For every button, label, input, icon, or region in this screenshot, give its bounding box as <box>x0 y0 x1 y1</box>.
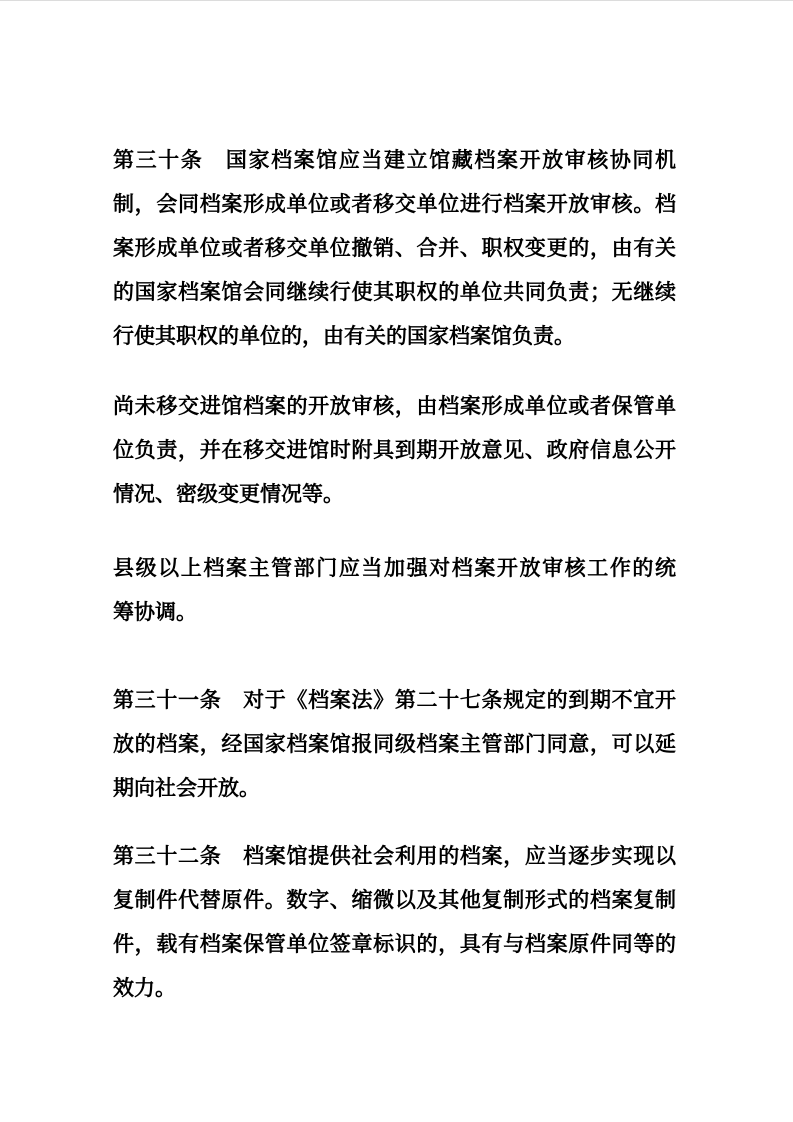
text-line: 第三十条 国家档案馆应当建立馆藏档案开放审核协同机 <box>113 138 676 182</box>
text-line: 件，载有档案保管单位签章标识的，具有与档案原件同等的 <box>113 922 676 966</box>
text-line: 放的档案，经国家档案馆报同级档案主管部门同意，可以延 <box>113 722 676 766</box>
document-text-column: 第三十条 国家档案馆应当建立馆藏档案开放审核协同机 制，会同档案形成单位或者移交… <box>113 0 676 1010</box>
paragraph-article-30: 第三十条 国家档案馆应当建立馆藏档案开放审核协同机 制，会同档案形成单位或者移交… <box>113 138 676 358</box>
paragraph-article-32: 第三十二条 档案馆提供社会利用的档案，应当逐步实现以 复制件代替原件。数字、缩微… <box>113 834 676 1010</box>
text-line: 筹协调。 <box>113 590 676 634</box>
paragraph-article-31: 第三十一条 对于《档案法》第二十七条规定的到期不宜开 放的档案，经国家档案馆报同… <box>113 678 676 810</box>
text-line: 效力。 <box>113 966 676 1010</box>
paragraph-untransferred-archives-review: 尚未移交进馆档案的开放审核，由档案形成单位或者保管单 位负责，并在移交进馆时附具… <box>113 384 676 516</box>
text-line: 的国家档案馆会同继续行使其职权的单位共同负责；无继续 <box>113 270 676 314</box>
text-line: 期向社会开放。 <box>113 766 676 810</box>
text-line: 行使其职权的单位的，由有关的国家档案馆负责。 <box>113 314 676 358</box>
text-line: 县级以上档案主管部门应当加强对档案开放审核工作的统 <box>113 546 676 590</box>
text-line: 尚未移交进馆档案的开放审核，由档案形成单位或者保管单 <box>113 384 676 428</box>
text-line: 情况、密级变更情况等。 <box>113 472 676 516</box>
text-line: 第三十一条 对于《档案法》第二十七条规定的到期不宜开 <box>113 678 676 722</box>
document-page: 第三十条 国家档案馆应当建立馆藏档案开放审核协同机 制，会同档案形成单位或者移交… <box>0 0 793 1122</box>
text-line: 位负责，并在移交进馆时附具到期开放意见、政府信息公开 <box>113 428 676 472</box>
text-line: 复制件代替原件。数字、缩微以及其他复制形式的档案复制 <box>113 878 676 922</box>
text-line: 案形成单位或者移交单位撤销、合并、职权变更的，由有关 <box>113 226 676 270</box>
paragraph-county-level-coordination: 县级以上档案主管部门应当加强对档案开放审核工作的统 筹协调。 <box>113 546 676 634</box>
text-line: 第三十二条 档案馆提供社会利用的档案，应当逐步实现以 <box>113 834 676 878</box>
text-line: 制，会同档案形成单位或者移交单位进行档案开放审核。档 <box>113 182 676 226</box>
